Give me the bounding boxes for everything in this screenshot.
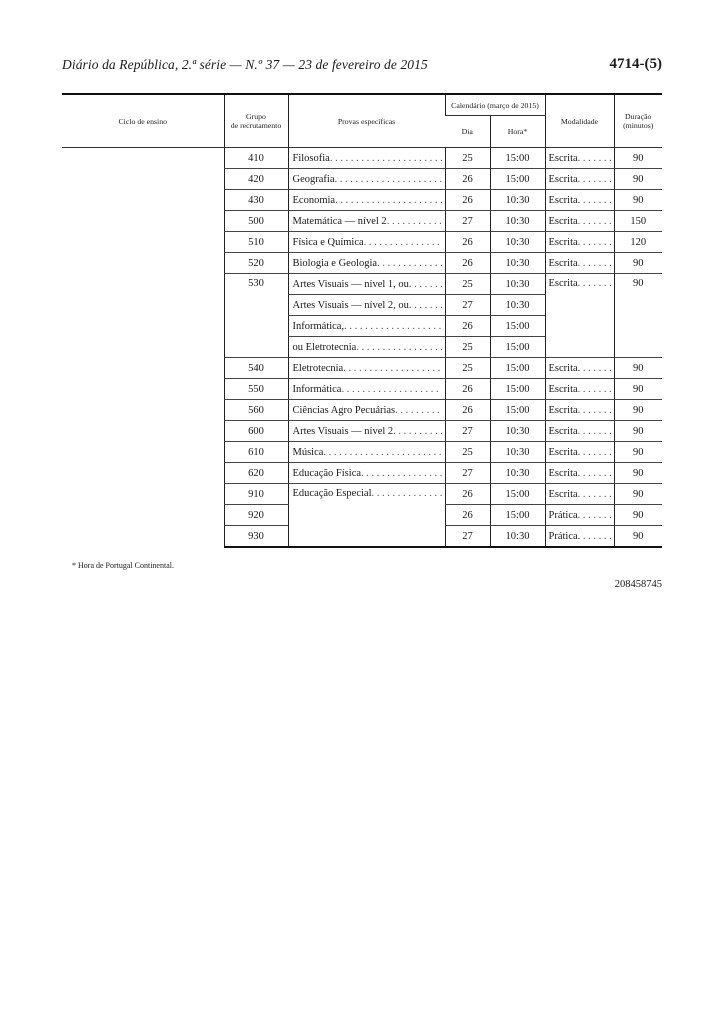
col-header-modalidade: Modalidade — [545, 94, 614, 148]
modalidade-text: Escrita — [549, 258, 578, 269]
dia-cell: 27 — [445, 526, 490, 548]
prova-cell: Ciências Agro Pecuárias — [288, 400, 445, 421]
ciclo-cell — [62, 148, 224, 548]
dot-leader — [395, 405, 441, 416]
grupo-cell: 930 — [224, 526, 288, 548]
modalidade-text: Escrita — [549, 447, 578, 458]
prova-cell-text: Educação Especial — [293, 488, 372, 499]
col-header-dia: Dia — [445, 116, 490, 148]
grupo-cell: 550 — [224, 379, 288, 400]
dot-leader — [578, 153, 611, 164]
dia-cell: 25 — [445, 148, 490, 169]
exam-schedule-table: Ciclo de ensino Grupode recrutamento Pro… — [62, 93, 662, 548]
dot-leader — [578, 278, 611, 289]
dia-cell: 27 — [445, 463, 490, 484]
grupo-cell: 520 — [224, 253, 288, 274]
grupo-cell: 410 — [224, 148, 288, 169]
hora-cell: 10:30 — [490, 295, 545, 316]
dot-leader — [578, 195, 611, 206]
hora-cell: 15:00 — [490, 316, 545, 337]
modalidade-cell: Escrita — [545, 442, 614, 463]
hora-cell: 15:00 — [490, 337, 545, 358]
prova-cell-text: ou Eletrotecnia — [293, 342, 357, 353]
dot-leader — [393, 426, 441, 437]
modalidade-text: Escrita — [549, 174, 578, 185]
table-row: 410Filosofia2515:00Escrita90 — [62, 148, 662, 169]
dot-leader — [323, 447, 441, 458]
dia-cell: 25 — [445, 358, 490, 379]
dia-cell: 26 — [445, 232, 490, 253]
dot-leader — [578, 489, 611, 500]
dot-leader — [409, 300, 442, 311]
prova-cell: Economia — [288, 190, 445, 211]
duracao-cell: 90 — [614, 253, 662, 274]
hora-cell: 10:30 — [490, 211, 545, 232]
modalidade-cell: Escrita — [545, 169, 614, 190]
hora-cell: 10:30 — [490, 442, 545, 463]
duracao-cell: 90 — [614, 400, 662, 421]
grupo-cell: 530 — [224, 274, 288, 358]
dot-leader — [578, 405, 611, 416]
grupo-cell: 420 — [224, 169, 288, 190]
dia-cell: 27 — [445, 421, 490, 442]
col-header-hora: Hora* — [490, 116, 545, 148]
dot-leader — [343, 363, 441, 374]
hora-cell: 15:00 — [490, 379, 545, 400]
duracao-cell: 150 — [614, 211, 662, 232]
dot-leader — [341, 384, 441, 395]
dot-leader — [578, 216, 611, 227]
prova-cell: Música — [288, 442, 445, 463]
dot-leader — [578, 468, 611, 479]
modalidade-text: Prática — [549, 531, 578, 542]
modalidade-text: Escrita — [549, 405, 578, 416]
dot-leader — [578, 426, 611, 437]
dot-leader — [335, 195, 441, 206]
dot-leader — [334, 174, 441, 185]
modalidade-text: Escrita — [549, 278, 578, 289]
prova-cell-text: Biologia e Geologia — [293, 258, 378, 269]
dot-leader — [578, 384, 611, 395]
dot-leader — [364, 237, 442, 248]
grupo-cell: 910 — [224, 484, 288, 505]
col-header-ciclo: Ciclo de ensino — [62, 94, 224, 148]
duracao-cell: 90 — [614, 190, 662, 211]
prova-cell: Eletrotecnia — [288, 358, 445, 379]
page-number: 4714-(5) — [610, 56, 663, 73]
hora-cell: 10:30 — [490, 253, 545, 274]
dot-leader — [578, 510, 611, 521]
grupo-cell: 620 — [224, 463, 288, 484]
dot-leader — [356, 342, 441, 353]
duracao-cell: 90 — [614, 274, 662, 358]
prova-cell: Geografia — [288, 169, 445, 190]
prova-cell: Artes Visuais — nível 2 — [288, 421, 445, 442]
grupo-cell: 540 — [224, 358, 288, 379]
dot-leader — [578, 237, 611, 248]
modalidade-cell: Escrita — [545, 211, 614, 232]
dia-cell: 26 — [445, 190, 490, 211]
grupo-cell: 560 — [224, 400, 288, 421]
hora-cell: 10:30 — [490, 274, 545, 295]
hora-cell: 10:30 — [490, 421, 545, 442]
prova-cell: Artes Visuais — nível 1, ou — [288, 274, 445, 295]
grupo-cell: 600 — [224, 421, 288, 442]
modalidade-text: Prática — [549, 510, 578, 521]
prova-cell-text: Física e Química — [293, 237, 364, 248]
hora-cell: 10:30 — [490, 526, 545, 548]
dot-leader — [578, 174, 611, 185]
grupo-cell: 430 — [224, 190, 288, 211]
footnote: * Hora de Portugal Continental. — [72, 561, 174, 570]
duracao-cell: 90 — [614, 463, 662, 484]
modalidade-text: Escrita — [549, 468, 578, 479]
duracao-cell: 90 — [614, 526, 662, 548]
hora-cell: 10:30 — [490, 190, 545, 211]
dot-leader — [361, 468, 441, 479]
modalidade-cell: Escrita — [545, 253, 614, 274]
prova-cell-text: Matemática — nível 2 — [293, 216, 387, 227]
dia-cell: 26 — [445, 253, 490, 274]
duracao-cell: 90 — [614, 505, 662, 526]
duracao-cell: 90 — [614, 358, 662, 379]
modalidade-text: Escrita — [549, 237, 578, 248]
modalidade-text: Escrita — [549, 153, 578, 164]
dot-leader — [344, 321, 441, 332]
dia-cell: 27 — [445, 295, 490, 316]
prova-cell-text: Música — [293, 447, 324, 458]
modalidade-text: Escrita — [549, 426, 578, 437]
dot-leader — [387, 216, 442, 227]
dot-leader — [377, 258, 441, 269]
duracao-cell: 90 — [614, 169, 662, 190]
prova-cell-text: Artes Visuais — nível 2, ou — [293, 300, 409, 311]
prova-cell-text: Artes Visuais — nível 1, ou — [293, 279, 409, 290]
dia-cell: 27 — [445, 211, 490, 232]
running-head: Diário da República, 2.ª série — N.º 37 … — [62, 57, 428, 73]
dia-cell: 26 — [445, 379, 490, 400]
dot-leader — [578, 447, 611, 458]
modalidade-cell: Escrita — [545, 484, 614, 505]
prova-cell-text: Eletrotecnia — [293, 363, 344, 374]
modalidade-text: Escrita — [549, 363, 578, 374]
duracao-cell: 90 — [614, 421, 662, 442]
dot-leader — [330, 153, 442, 164]
hora-cell: 15:00 — [490, 400, 545, 421]
prova-cell: Filosofia — [288, 148, 445, 169]
prova-cell: Artes Visuais — nível 2, ou — [288, 295, 445, 316]
modalidade-cell: Prática — [545, 526, 614, 548]
col-header-calendario: Calendário (março de 2015) — [445, 94, 545, 116]
document-id: 208458745 — [615, 579, 662, 590]
hora-cell: 15:00 — [490, 169, 545, 190]
prova-cell-text: Ciências Agro Pecuárias — [293, 405, 396, 416]
prova-cell: Biologia e Geologia — [288, 253, 445, 274]
dot-leader — [409, 279, 442, 290]
dia-cell: 25 — [445, 337, 490, 358]
hora-cell: 15:00 — [490, 358, 545, 379]
modalidade-text: Escrita — [549, 489, 578, 500]
prova-cell: Educação Especial — [288, 484, 445, 548]
grupo-cell: 500 — [224, 211, 288, 232]
dot-leader — [578, 531, 611, 542]
modalidade-cell: Escrita — [545, 232, 614, 253]
modalidade-cell: Escrita — [545, 400, 614, 421]
duracao-cell: 90 — [614, 484, 662, 505]
prova-cell: Informática, — [288, 316, 445, 337]
duracao-cell: 90 — [614, 442, 662, 463]
modalidade-text: Escrita — [549, 195, 578, 206]
hora-cell: 10:30 — [490, 232, 545, 253]
prova-cell: Educação Física — [288, 463, 445, 484]
dia-cell: 26 — [445, 169, 490, 190]
grupo-cell: 920 — [224, 505, 288, 526]
prova-cell-text: Filosofia — [293, 153, 330, 164]
prova-cell-text: Geografia — [293, 174, 335, 185]
dia-cell: 26 — [445, 505, 490, 526]
duracao-cell: 120 — [614, 232, 662, 253]
duracao-cell: 90 — [614, 148, 662, 169]
modalidade-cell: Escrita — [545, 358, 614, 379]
prova-cell-text: Artes Visuais — nível 2 — [293, 426, 394, 437]
hora-cell: 15:00 — [490, 505, 545, 526]
grupo-cell: 610 — [224, 442, 288, 463]
modalidade-cell: Escrita — [545, 421, 614, 442]
prova-cell-text: Economia — [293, 195, 336, 206]
prova-cell-text: Informática — [293, 384, 342, 395]
dia-cell: 26 — [445, 484, 490, 505]
col-header-duracao: Duração(minutos) — [614, 94, 662, 148]
modalidade-cell: Escrita — [545, 190, 614, 211]
col-header-grupo: Grupode recrutamento — [224, 94, 288, 148]
modalidade-cell: Escrita — [545, 379, 614, 400]
modalidade-cell: Escrita — [545, 274, 614, 358]
dia-cell: 25 — [445, 274, 490, 295]
hora-cell: 15:00 — [490, 148, 545, 169]
dia-cell: 26 — [445, 400, 490, 421]
prova-cell-text: Informática, — [293, 321, 345, 332]
prova-cell: Física e Química — [288, 232, 445, 253]
dot-leader — [372, 488, 442, 499]
modalidade-cell: Escrita — [545, 148, 614, 169]
modalidade-text: Escrita — [549, 384, 578, 395]
dot-leader — [578, 258, 611, 269]
prova-cell-text: Educação Física — [293, 468, 362, 479]
dia-cell: 25 — [445, 442, 490, 463]
modalidade-text: Escrita — [549, 216, 578, 227]
hora-cell: 15:00 — [490, 484, 545, 505]
col-header-provas: Provas específicas — [288, 94, 445, 148]
prova-cell: ou Eletrotecnia — [288, 337, 445, 358]
dia-cell: 26 — [445, 316, 490, 337]
hora-cell: 10:30 — [490, 463, 545, 484]
modalidade-cell: Escrita — [545, 463, 614, 484]
prova-cell: Informática — [288, 379, 445, 400]
dot-leader — [578, 363, 611, 374]
modalidade-cell: Prática — [545, 505, 614, 526]
prova-cell: Matemática — nível 2 — [288, 211, 445, 232]
duracao-cell: 90 — [614, 379, 662, 400]
grupo-cell: 510 — [224, 232, 288, 253]
